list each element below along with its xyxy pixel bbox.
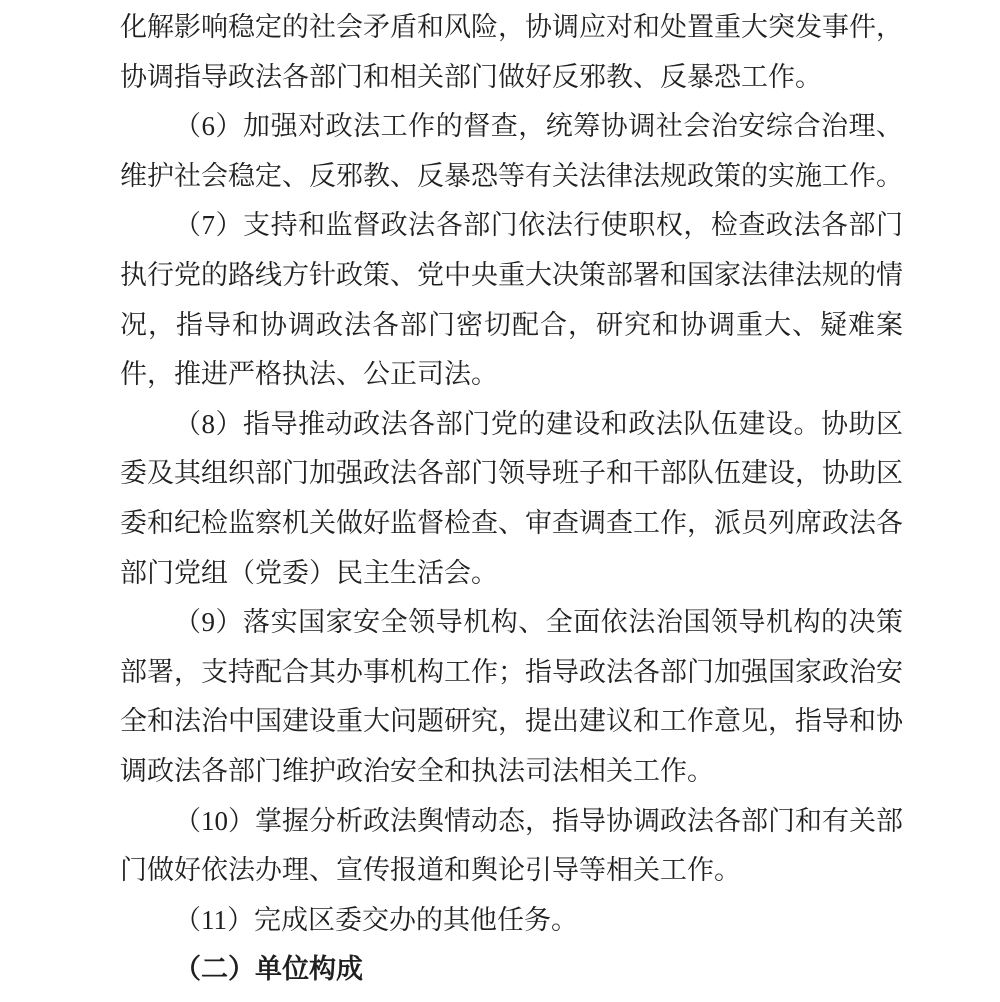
list-item-10: （10）掌握分析政法舆情动态，指导协调政法各部门和有关部门做好依法办理、宣传报道…	[120, 797, 903, 896]
list-item-8: （8）指导推动政法各部门党的建设和政法队伍建设。协助区委及其组织部门加强政法各部…	[120, 400, 903, 598]
list-item-11: （11）完成区委交办的其他任务。	[120, 896, 903, 946]
list-item-6: （6）加强对政法工作的督查，统筹协调社会治安综合治理、维护社会稳定、反邪教、反暴…	[120, 102, 903, 201]
list-item-7: （7）支持和监督政法各部门依法行使职权，检查政法各部门执行党的路线方针政策、党中…	[120, 201, 903, 399]
document-page: 化解影响稳定的社会矛盾和风险，协调应对和处置重大突发事件，协调指导政法各部门和相…	[0, 0, 1000, 1002]
body-paragraph-continuation: 化解影响稳定的社会矛盾和风险，协调应对和处置重大突发事件，协调指导政法各部门和相…	[120, 3, 903, 102]
section-heading-unit-composition: （二）单位构成	[120, 945, 903, 995]
list-item-9: （9）落实国家安全领导机构、全面依法治国领导机构的决策部署，支持配合其办事机构工…	[120, 598, 903, 796]
